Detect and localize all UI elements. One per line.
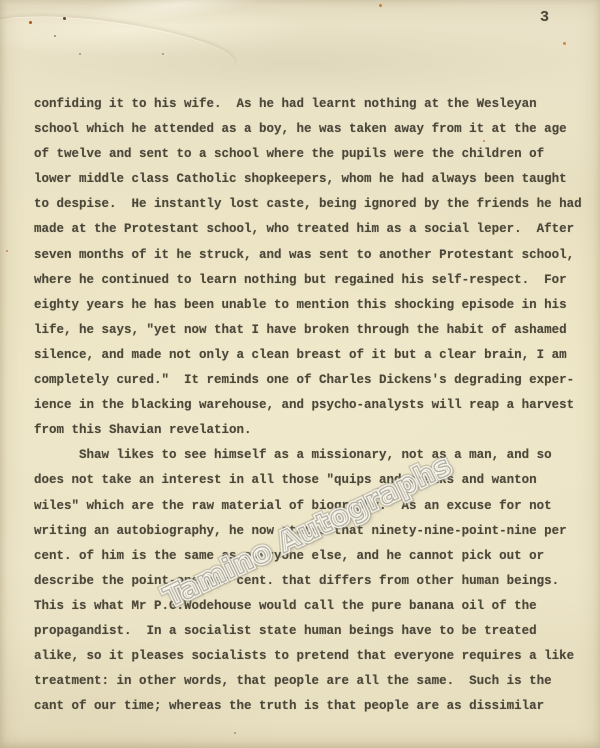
text-line: confiding it to his wife. As he had lear…: [34, 97, 592, 122]
paper-speck: [379, 4, 382, 7]
text-line: propagandist. In a socialist state human…: [34, 624, 592, 649]
text-line: life, he says, "yet now that I have brok…: [34, 323, 592, 348]
text-line: treatment: in other words, that people a…: [34, 674, 592, 699]
paper-speck: [6, 250, 8, 252]
text-line: ience in the blacking warehouse, and psy…: [34, 398, 592, 423]
paper-speck: [162, 53, 164, 55]
text-line: This is what Mr P.G.Wodehouse would call…: [34, 599, 592, 624]
text-line: does not take an interest in all those "…: [34, 473, 592, 498]
paper-speck: [234, 732, 236, 734]
text-line: seven months of it he struck, and was se…: [34, 248, 592, 273]
text-line: cent. of him is the same as everyone els…: [34, 549, 592, 574]
paper-speck: [79, 53, 81, 55]
text-line: where he continued to learn nothing but …: [34, 273, 592, 298]
paper-shadow-band: [240, 0, 500, 12]
text-line: wiles" which are the raw material of bio…: [34, 499, 592, 524]
text-line: describe the point-one per cent. that di…: [34, 574, 592, 599]
text-line: cant of our time; whereas the truth is t…: [34, 699, 592, 724]
paper-crease: [77, 0, 279, 30]
paper-speck: [29, 21, 32, 24]
paper-crease: [0, 5, 238, 86]
text-line: of twelve and sent to a school where the…: [34, 147, 592, 172]
text-line: made at the Protestant school, who treat…: [34, 222, 592, 247]
text-line: school which he attended as a boy, he wa…: [34, 122, 592, 147]
paper-speck: [54, 35, 56, 37]
text-line: alike, so it pleases socialists to prete…: [34, 649, 592, 674]
manuscript-page: 3 confiding it to his wife. As he had le…: [0, 0, 600, 748]
text-line: eighty years he has been unable to menti…: [34, 298, 592, 323]
page-number: 3: [540, 9, 549, 26]
paper-speck: [563, 42, 566, 45]
text-line: to despise. He instantly lost caste, bei…: [34, 197, 592, 222]
text-line: from this Shavian revelation.: [34, 423, 592, 448]
paper-speck: [63, 17, 66, 20]
text-line: silence, and made not only a clean breas…: [34, 348, 592, 373]
text-line: writing an autobiography, he now states …: [34, 524, 592, 549]
text-line: completely cured." It reminds one of Cha…: [34, 373, 592, 398]
typed-text-block: confiding it to his wife. As he had lear…: [34, 97, 592, 724]
text-line: Shaw likes to see himself as a missionar…: [34, 448, 592, 473]
text-line: lower middle class Catholic shopkeepers,…: [34, 172, 592, 197]
